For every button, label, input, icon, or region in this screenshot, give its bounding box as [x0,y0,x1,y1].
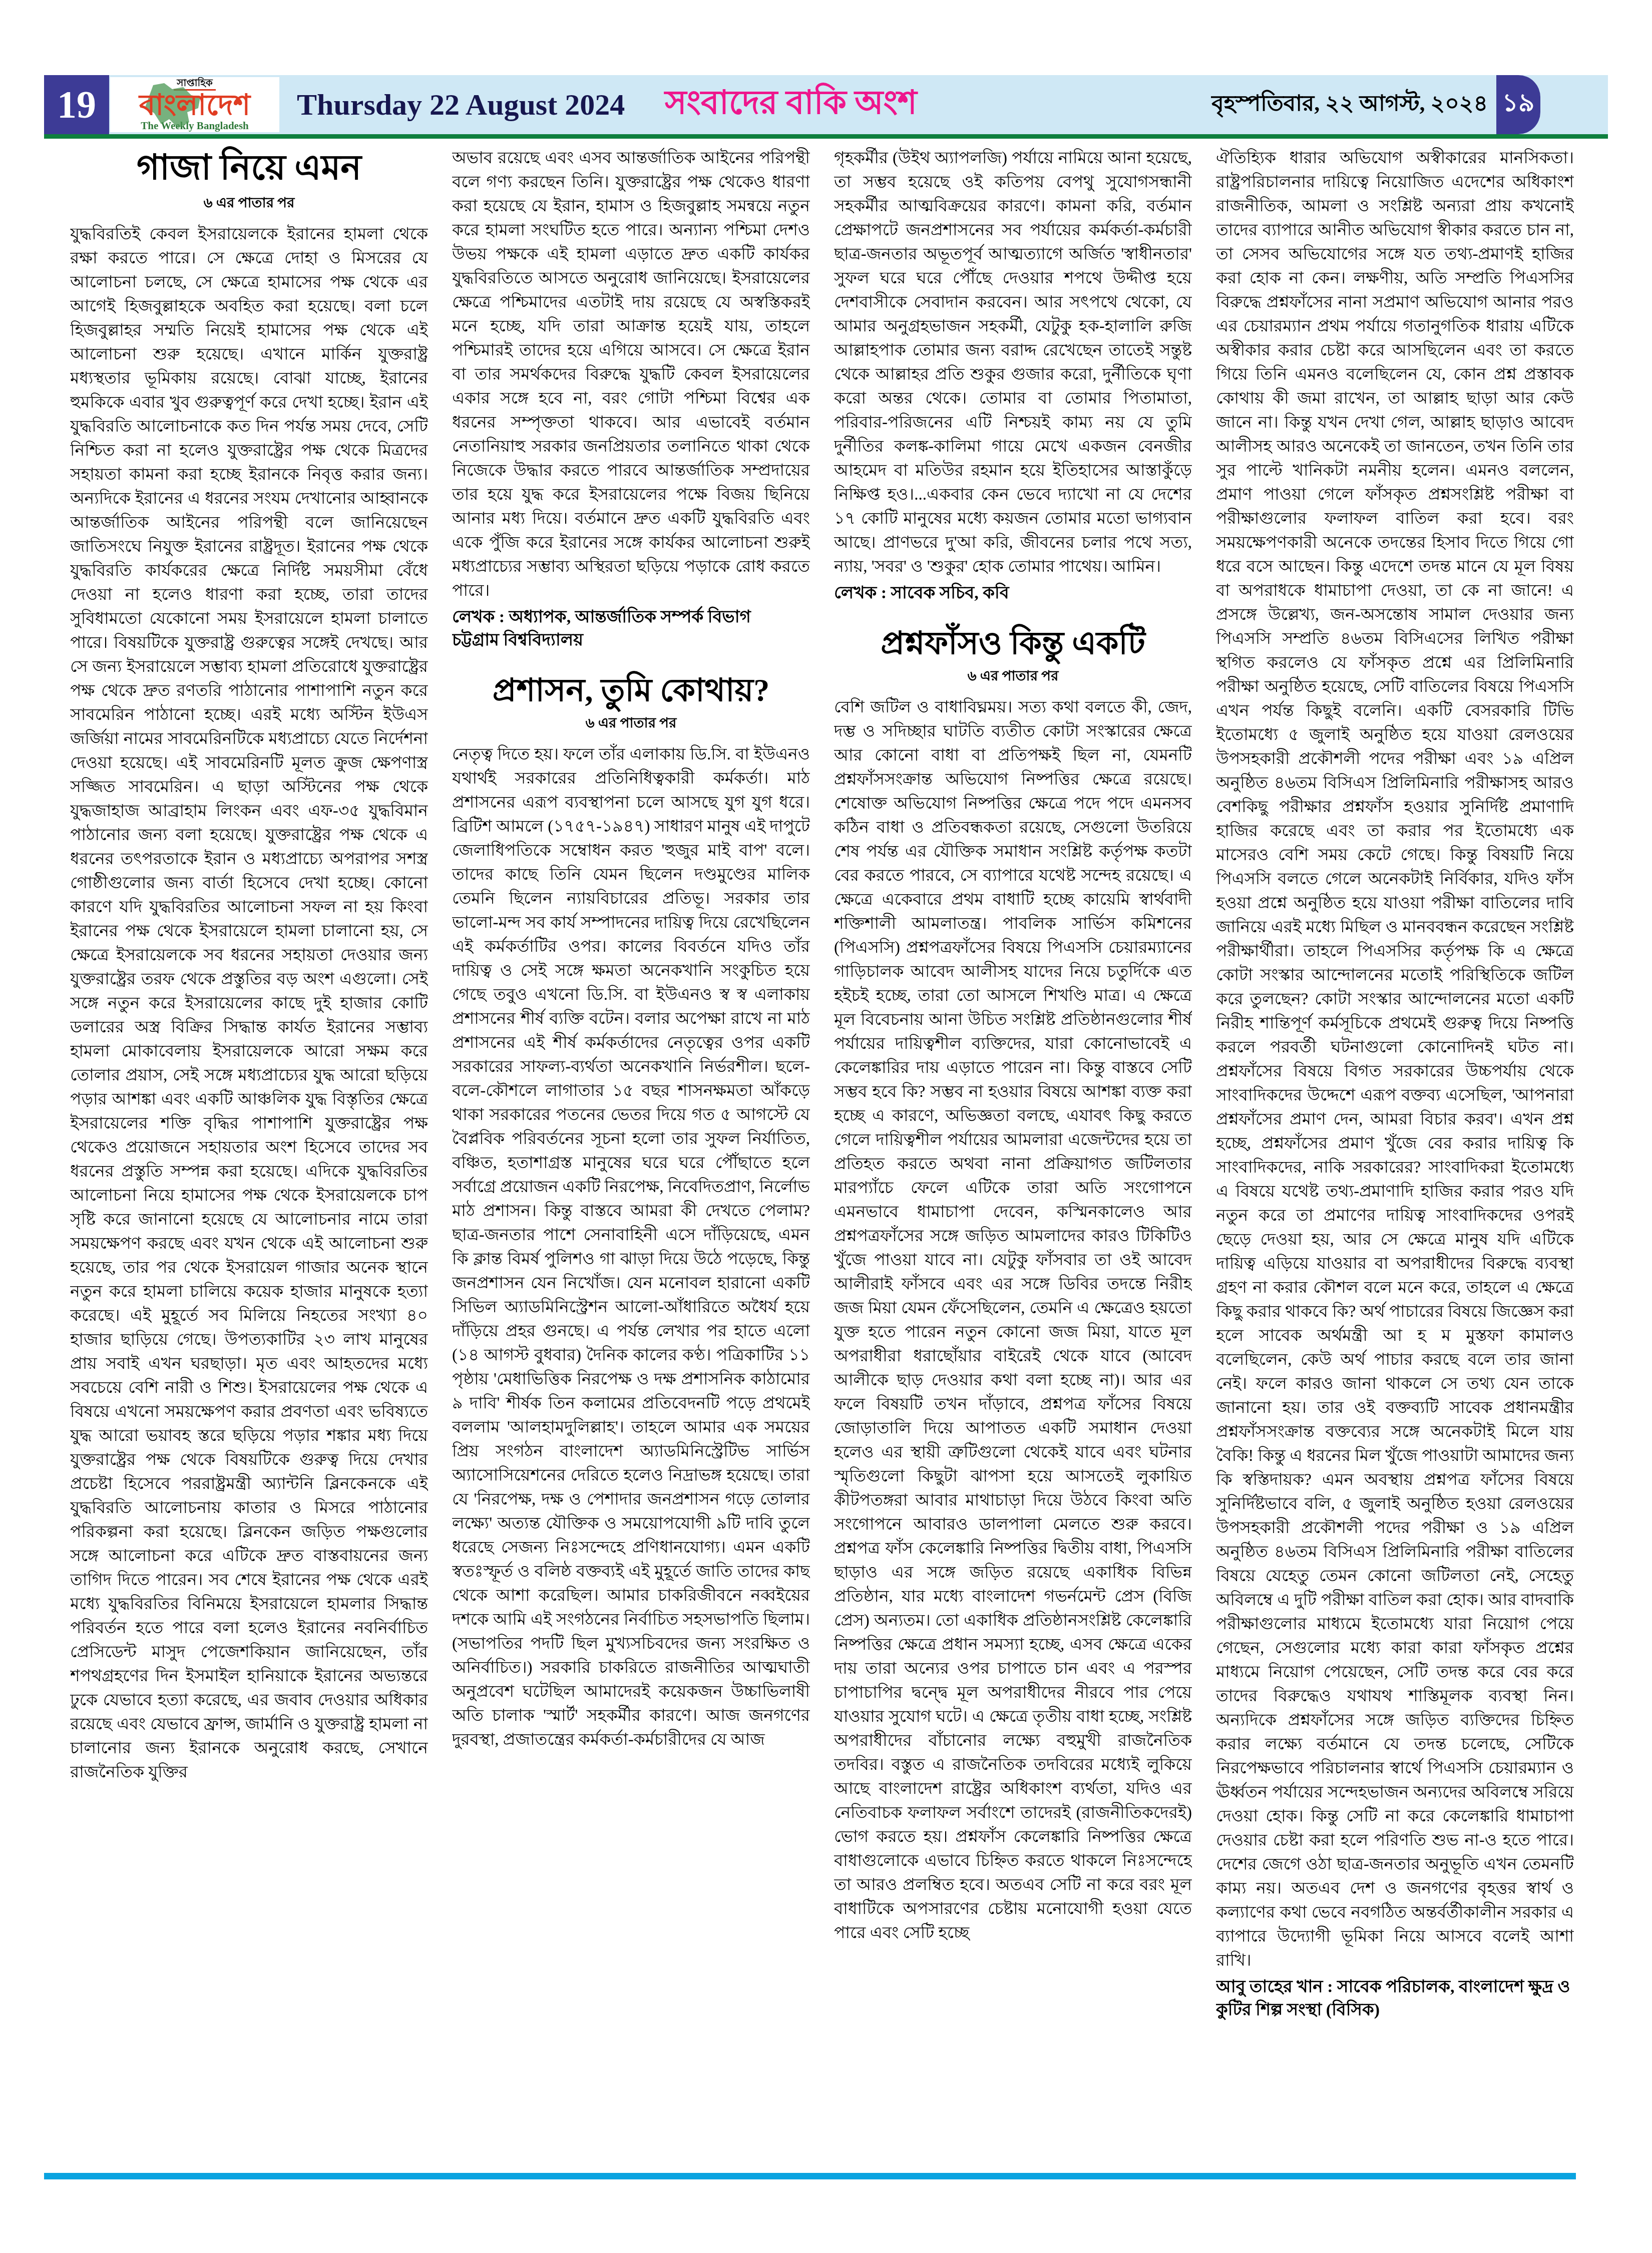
date-english: Thursday 22 August 2024 [297,75,625,134]
article1-author-credit: লেখক : অধ্যাপক, আন্তর্জাতিক সম্পর্ক বিভা… [452,606,810,652]
header-divider-rule [44,134,1608,139]
article-separator [834,610,1192,623]
page-number-right: ১৯ [1496,75,1540,134]
article2-body-part2: গৃহকর্মীর (উইথ অ্যাপলজি) পর্যায়ে নামিয়… [834,146,1192,579]
article2-author-credit: লেখক : সাবেক সচিব, কবি [834,582,1192,605]
article3-body-part2: ঐতিহ্যিক ধারার অভিযোগ অস্বীকারের মানসিকত… [1216,146,1574,1973]
date-bengali: বৃহস্পতিবার, ২২ আগস্ট, ২০২৪ [1211,75,1488,134]
article1-credit-line1: লেখক : অধ্যাপক, আন্তর্জাতিক সম্পর্ক বিভা… [452,606,810,629]
column-3: গৃহকর্মীর (উইথ অ্যাপলজি) পর্যায়ে নামিয়… [834,146,1192,2172]
masthead-logo: সাপ্তাহিক বাংলাদেশ The Weekly Bangladesh [110,77,279,132]
column-4: ঐতিহ্যিক ধারার অভিযোগ অস্বীকারের মানসিকত… [1216,146,1574,2172]
footer-accent-bar [44,2173,1576,2179]
article3-author-credit: আবু তাহের খান : সাবেক পরিচালক, বাংলাদেশ … [1216,1976,1574,2022]
masthead-title: বাংলাদেশ [139,91,250,120]
article2-body-part1: নেতৃত্ব দিতে হয়। ফলে তাঁর এলাকায় ডি.সি… [452,742,810,1752]
article2-headline: প্রশাসন, তুমি কোথায়? [452,672,810,709]
column-2: অভাব রয়েছে এবং এসব আন্তর্জাতিক আইনের পর… [452,146,810,2172]
article-columns: গাজা নিয়ে এমন ৬ এর পাতার পর যুদ্ধবিরতিই… [70,146,1582,2172]
newspaper-page: 19 সাপ্তাহিক বাংলাদেশ The Weekly Banglad… [0,0,1652,2253]
section-title: সংবাদের বাকি অংশ [665,75,917,134]
article1-headline: গাজা নিয়ে এমন [70,148,428,189]
page-number-left: 19 [44,75,109,134]
article2-continued-note: ৬ এর পাতার পর [452,712,810,735]
article1-body-part1: যুদ্ধবিরতিই কেবল ইসরায়েলকে ইরানের হামলা… [70,222,428,1784]
article1-continued-note: ৬ এর পাতার পর [70,192,428,215]
article1-body-part2: অভাব রয়েছে এবং এসব আন্তর্জাতিক আইনের পর… [452,146,810,603]
article1-credit-line2: চট্টগ্রাম বিশ্ববিদ্যালয় [452,629,810,652]
article3-body-part1: বেশি জটিল ও বাধাবিঘ্নময়। সত্য কথা বলতে … [834,695,1192,1945]
header-band: 19 সাপ্তাহিক বাংলাদেশ The Weekly Banglad… [44,75,1608,134]
article3-continued-note: ৬ এর পাতার পর [834,665,1192,688]
article-separator [452,657,810,670]
article3-headline: প্রশ্নফাঁসও কিন্তু একটি [834,625,1192,662]
column-1: গাজা নিয়ে এমন ৬ এর পাতার পর যুদ্ধবিরতিই… [70,146,428,2172]
